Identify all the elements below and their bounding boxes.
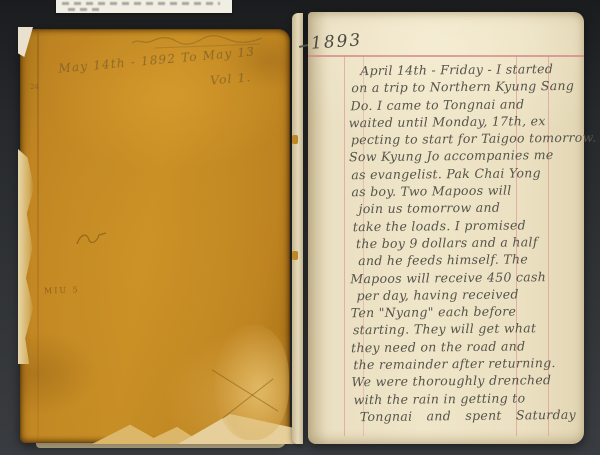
- cover-corner-wear: [18, 27, 33, 57]
- cover-faint-mark: MIU 5: [44, 285, 80, 295]
- handwriting-line: Tongnai and spent Saturday: [360, 406, 586, 426]
- handwriting-line: We were thoroughly drenched: [351, 371, 585, 391]
- paper-slip: [56, 0, 232, 13]
- page-top-rule: [308, 55, 584, 57]
- slip-illegible-text: [62, 2, 220, 5]
- diary-entry-text: April 14th - Friday - I started on a tri…: [348, 60, 586, 426]
- diary-page: 1893 April 14th - Friday - I started on …: [308, 12, 584, 444]
- cover-fragment-speck: [292, 135, 298, 144]
- slip-illegible-text: [68, 8, 102, 11]
- scan-background: May 14th - 1892 To May 13 Vol 1. 24 MIU …: [0, 0, 600, 455]
- ink-scribble: [72, 229, 112, 249]
- year-heading: 1893: [310, 30, 363, 54]
- cover-inscription-volume: Vol 1.: [209, 69, 251, 88]
- diary-cover: May 14th - 1892 To May 13 Vol 1. 24 MIU …: [20, 29, 290, 443]
- handwriting-line: Sow Kyung Jo accompanies me: [349, 146, 583, 166]
- page-margin-rule: [344, 56, 345, 436]
- cover-crease: [37, 29, 39, 443]
- cover-edge-tear: [18, 149, 34, 364]
- cover-fragment-speck: [292, 251, 298, 260]
- handwriting-line: on a trip to Northern Kyung Sang: [351, 77, 582, 97]
- cover-corner-wear: [215, 325, 289, 440]
- page-block-edge: [292, 13, 303, 444]
- cover-corner-mark: 24: [30, 83, 39, 91]
